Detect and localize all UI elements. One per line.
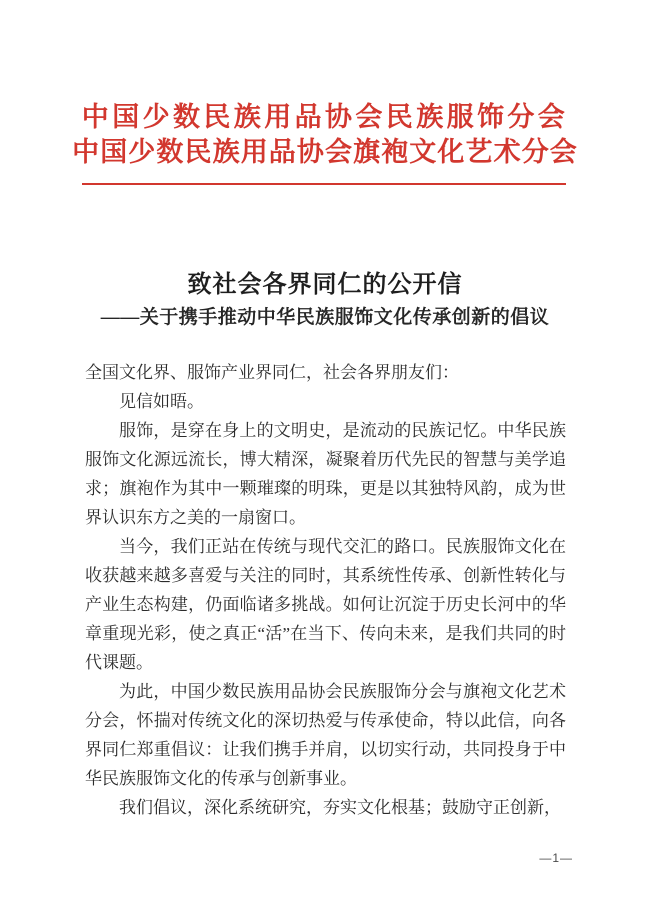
letter-subtitle: ——关于携手推动中华民族服饰文化传承创新的倡议 [0, 302, 650, 329]
letter-body: 全国文化界、服饰产业界同仁，社会各界朋友们： 见信如晤。 服饰，是穿在身上的文明… [85, 358, 566, 822]
salutation: 全国文化界、服饰产业界同仁，社会各界朋友们： [85, 358, 566, 387]
letterhead-line-1: 中国少数民族用品协会民族服饰分会 [0, 100, 650, 135]
letterhead-line-2: 中国少数民族用品协会旗袍文化艺术分会 [0, 135, 650, 170]
letter-title: 致社会各界同仁的公开信 [0, 264, 650, 299]
paragraph-initiative: 为此，中国少数民族用品协会民族服饰分会与旗袍文化艺术分会，怀揣对传统文化的深切热… [85, 677, 566, 793]
paragraph-heritage: 服饰，是穿在身上的文明史，是流动的民族记忆。中华民族服饰文化源远流长，博大精深，… [85, 416, 566, 532]
paragraph-proposal: 我们倡议，深化系统研究，夯实文化根基；鼓励守正创新， [85, 793, 566, 822]
page-number: —1— [539, 851, 573, 865]
letterhead: 中国少数民族用品协会民族服饰分会 中国少数民族用品协会旗袍文化艺术分会 [0, 100, 650, 170]
paragraph-greeting: 见信如晤。 [85, 387, 566, 416]
paragraph-challenge: 当今，我们正站在传统与现代交汇的路口。民族服饰文化在收获越来越多喜爱与关注的同时… [85, 532, 566, 677]
header-divider [82, 183, 566, 185]
letter-page: 中国少数民族用品协会民族服饰分会 中国少数民族用品协会旗袍文化艺术分会 致社会各… [0, 0, 650, 919]
